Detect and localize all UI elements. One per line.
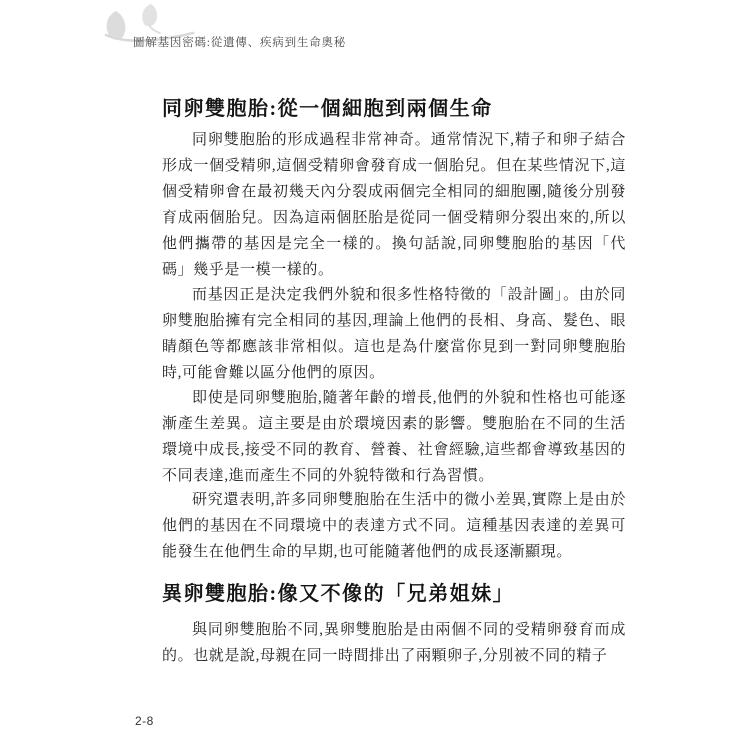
paragraph: 研究還表明,許多同卵雙胞胎在生活中的微小差異,實際上是由於他們的基因在不同環境中… — [162, 487, 626, 565]
paragraph: 即使是同卵雙胞胎,隨著年齡的增長,他們的外貌和性格也可能逐漸產生差異。這主要是由… — [162, 385, 626, 489]
running-head-book-title: 圖解基因密碼:從遺傳、疾病到生命奧秘 — [133, 36, 346, 50]
page-number: 2-8 — [135, 714, 154, 728]
paragraph: 同卵雙胞胎的形成過程非常神奇。通常情況下,精子和卵子結合形成一個受精卵,這個受精… — [162, 127, 626, 283]
paragraph: 而基因正是決定我們外貌和很多性格特徵的「設計圖」。由於同卵雙胞胎擁有完全相同的基… — [162, 282, 626, 386]
paragraph: 與同卵雙胞胎不同,異卵雙胞胎是由兩個不同的受精卵發育而成的。也就是說,母親在同一… — [162, 617, 626, 669]
section-heading-identical-twins: 同卵雙胞胎:從一個細胞到兩個生命 — [162, 94, 626, 124]
book-page: 圖解基因密碼:從遺傳、疾病到生命奧秘 同卵雙胞胎:從一個細胞到兩個生命 同卵雙胞… — [0, 0, 750, 750]
section-heading-fraternal-twins: 異卵雙胞胎:像又不像的「兄弟姐妹」 — [162, 579, 626, 609]
